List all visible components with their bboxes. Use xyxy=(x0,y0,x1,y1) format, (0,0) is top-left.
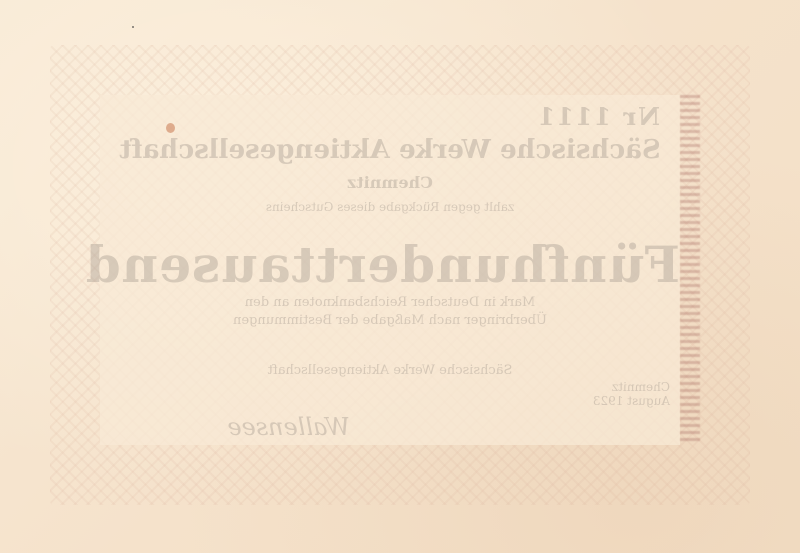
stain-spot xyxy=(132,26,134,28)
text-line-3: Überbringer nach Maßgabe der Bestimmunge… xyxy=(100,313,680,328)
banknote-paper: Nr 1111 Sächsische Werke Aktiengesellsch… xyxy=(0,0,800,553)
issuer-city: Chemnitz xyxy=(100,173,680,192)
stain-spot xyxy=(166,123,175,133)
text-line-1: zahlt gegen Rückgabe dieses Gutscheins xyxy=(100,200,680,214)
issuer-name: Sächsische Werke Aktiengesellschaft xyxy=(100,135,680,165)
text-line-2: Mark in Deutscher Reichsbanknoten an den xyxy=(100,295,680,310)
place: Chemnitz xyxy=(593,380,670,394)
text-line-5: Sächsische Werke Aktiengesellschaft xyxy=(100,363,680,378)
show-through-text: Nr 1111 Sächsische Werke Aktiengesellsch… xyxy=(100,95,680,445)
perforation-stamp-edge xyxy=(680,95,700,445)
date: August 1923 xyxy=(593,394,670,408)
serial-value: 1111 xyxy=(536,102,611,131)
amount-words: Fünfhunderttausend xyxy=(100,235,680,294)
serial-number: Nr 1111 xyxy=(536,102,660,131)
place-date: Chemnitz August 1923 xyxy=(593,380,670,408)
signature: Wallensee xyxy=(227,413,350,441)
serial-prefix: Nr xyxy=(621,102,660,131)
